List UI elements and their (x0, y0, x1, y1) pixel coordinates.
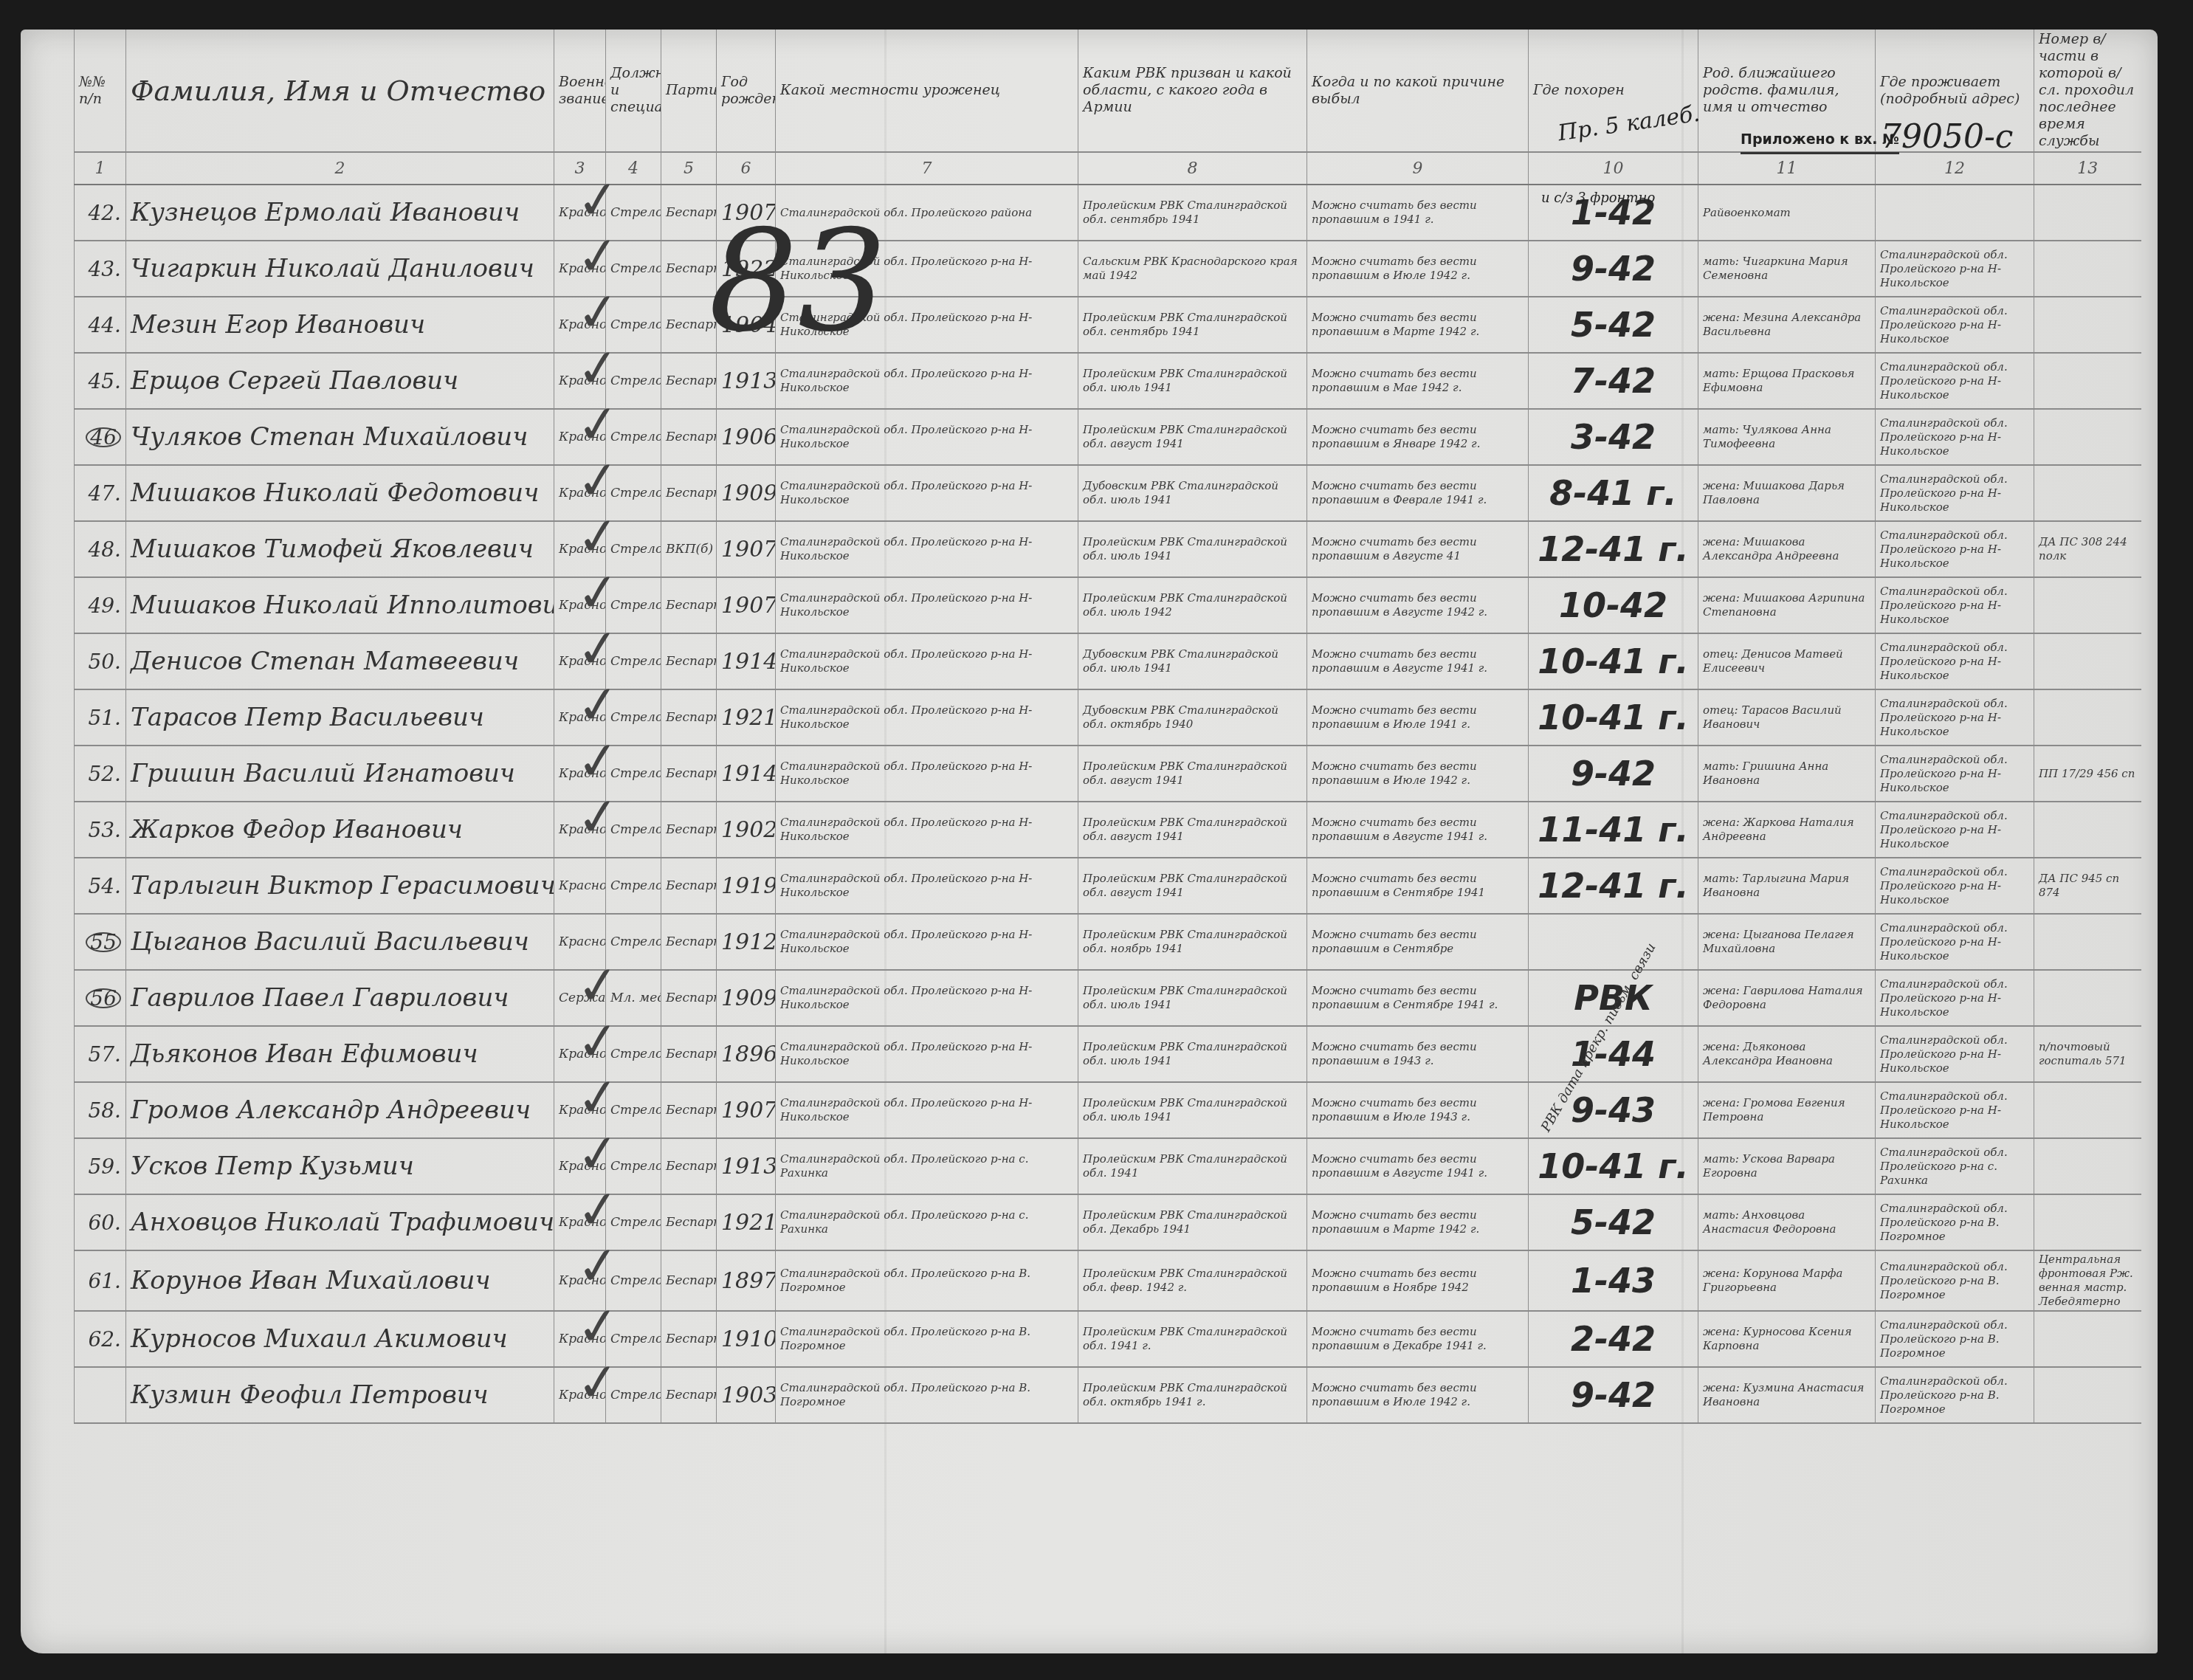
birthplace: Сталинградской обл. Пролейского р-на Н-Н… (776, 521, 1078, 577)
column-number: 11 (1698, 152, 1876, 185)
reason-left: Можно считать без вести пропавшим в 1941… (1307, 185, 1529, 241)
conscription-office: Пролейским РВК Сталинградской обл. авгус… (1078, 858, 1307, 914)
birth-year: 1909 (717, 970, 776, 1026)
conscription-office: Пролейским РВК Сталинградской обл. июль … (1078, 353, 1307, 409)
burial-place: 11-41 г. (1529, 802, 1698, 858)
soldier-name: Чигаркин Николай Данилович (126, 241, 554, 297)
party-membership: Беспарт. (661, 1082, 717, 1138)
party-membership: Беспарт. (661, 802, 717, 858)
birth-year: 1907 (717, 577, 776, 633)
row-number: 47. (75, 465, 126, 521)
soldier-name: Мишаков Николай Ипполитович (126, 577, 554, 633)
column-header: №№ п/п (75, 30, 126, 152)
party-membership: Беспарт. (661, 1311, 717, 1367)
military-unit: ДА ПС 945 сп 874 (2034, 858, 2141, 914)
row-number: 58. (75, 1082, 126, 1138)
kin-address: Сталинградской обл. Пролейского р-на Н-Н… (1876, 1082, 2034, 1138)
column-header: Военное звание (554, 30, 606, 152)
column-number-row: 12345678910111213 (75, 152, 2141, 185)
next-of-kin: жена: Кузмина Анастасия Ивановна (1698, 1367, 1876, 1423)
next-of-kin: мать: Чулякова Анна Тимофеевна (1698, 409, 1876, 465)
kin-address (1876, 185, 2034, 241)
table-row: 43.Чигаркин Николай ДаниловичКрасноарм.С… (75, 241, 2141, 297)
burial-place: 7-42 (1529, 353, 1698, 409)
party-membership: Беспарт. (661, 858, 717, 914)
table-row: 50.Денисов Степан МатвеевичКрасноарм.Стр… (75, 633, 2141, 689)
conscription-office: Пролейским РВК Сталинградской обл. июль … (1078, 1026, 1307, 1082)
table-row: 62.Курносов Михаил АкимовичКрасноарм.Стр… (75, 1311, 2141, 1367)
table-row: 57.Дьяконов Иван ЕфимовичКрасноарм.Стрел… (75, 1026, 2141, 1082)
column-number: 1 (75, 152, 126, 185)
military-unit (2034, 185, 2141, 241)
checkmark-icon: ✓ (573, 168, 622, 233)
party-membership: Беспарт. (661, 746, 717, 802)
soldier-name: Корунов Иван Михайлович (126, 1250, 554, 1311)
military-unit (2034, 577, 2141, 633)
party-membership: Беспарт. (661, 1250, 717, 1311)
row-number: 55 (75, 914, 126, 970)
birth-year: 1896 (717, 1026, 776, 1082)
burial-place: 5-42 (1529, 1194, 1698, 1250)
next-of-kin: жена: Громова Евгения Петровна (1698, 1082, 1876, 1138)
birth-year: 1907 (717, 1082, 776, 1138)
row-number: 60. (75, 1194, 126, 1250)
incoming-number: 79050-с (1881, 118, 2013, 156)
military-unit: ПП 17/29 456 сп (2034, 746, 2141, 802)
checkmark-icon: ✓ (573, 1294, 622, 1359)
military-unit (2034, 689, 2141, 746)
column-number: 5 (661, 152, 717, 185)
reason-left: Можно считать без вести пропавшим в Июле… (1307, 689, 1529, 746)
row-number: 46 (75, 409, 126, 465)
birthplace: Сталинградской обл. Пролейского р-на В. … (776, 1367, 1078, 1423)
soldier-name: Ерщов Сергей Павлович (126, 353, 554, 409)
row-number: 59. (75, 1138, 126, 1194)
burial-place: 2-42 (1529, 1311, 1698, 1367)
birth-year: 1906 (717, 409, 776, 465)
conscription-office: Пролейским РВК Сталинградской обл. авгус… (1078, 802, 1307, 858)
kin-address: Сталинградской обл. Пролейского р-на Н-Н… (1876, 1026, 2034, 1082)
birthplace: Сталинградской обл. Пролейского р-на с. … (776, 1194, 1078, 1250)
soldier-name: Денисов Степан Матвеевич (126, 633, 554, 689)
next-of-kin: отец: Денисов Матвей Елисеевич (1698, 633, 1876, 689)
checkmark-icon: ✓ (573, 1177, 622, 1242)
reason-left: Можно считать без вести пропавшим в Нояб… (1307, 1250, 1529, 1311)
conscription-office: Пролейским РВК Сталинградской обл. авгус… (1078, 746, 1307, 802)
party-membership: Беспарт. (661, 465, 717, 521)
next-of-kin: жена: Жаркова Наталия Андреевна (1698, 802, 1876, 858)
party-membership: Беспарт. (661, 577, 717, 633)
incoming-stamp: Приложено к вх. № (1741, 131, 1899, 154)
column-number: 8 (1078, 152, 1307, 185)
column-number: 7 (776, 152, 1078, 185)
kin-address: Сталинградской обл. Пролейского р-на с. … (1876, 1138, 2034, 1194)
burial-place: 9-42 (1529, 746, 1698, 802)
reason-left: Можно считать без вести пропавшим в Авгу… (1307, 521, 1529, 577)
table-row: 55Цыганов Василий ВасильевичКрасноарм.Ст… (75, 914, 2141, 970)
row-number: 50. (75, 633, 126, 689)
military-unit (2034, 802, 2141, 858)
birth-year: 1897 (717, 1250, 776, 1311)
reason-left: Можно считать без вести пропавшим в Авгу… (1307, 802, 1529, 858)
soldier-name: Тарлыгин Виктор Герасимович (126, 858, 554, 914)
soldier-name: Дьяконов Иван Ефимович (126, 1026, 554, 1082)
birthplace: Сталинградской обл. Пролейского р-на Н-Н… (776, 465, 1078, 521)
annotation-large-number: 83 (709, 199, 887, 362)
military-unit (2034, 1367, 2141, 1423)
kin-address: Сталинградской обл. Пролейского р-на Н-Н… (1876, 746, 2034, 802)
kin-address: Сталинградской обл. Пролейского р-на Н-Н… (1876, 521, 2034, 577)
checkmark-icon: ✓ (573, 953, 622, 1018)
conscription-office: Пролейским РВК Сталинградской обл. сентя… (1078, 297, 1307, 353)
next-of-kin: жена: Дьяконова Александра Ивановна (1698, 1026, 1876, 1082)
birthplace: Сталинградской обл. Пролейского р-на В. … (776, 1250, 1078, 1311)
kin-address: Сталинградской обл. Пролейского р-на Н-Н… (1876, 297, 2034, 353)
soldier-name: Громов Александр Андреевич (126, 1082, 554, 1138)
checkmark-icon: ✓ (573, 336, 622, 401)
birthplace: Сталинградской обл. Пролейского р-на Н-Н… (776, 1026, 1078, 1082)
kin-address: Сталинградской обл. Пролейского р-на Н-Н… (1876, 633, 2034, 689)
conscription-office: Пролейским РВК Сталинградской обл. февр.… (1078, 1250, 1307, 1311)
birth-year: 1914 (717, 746, 776, 802)
burial-place: 9-42 (1529, 241, 1698, 297)
column-header: Фамилия, Имя и Отчество (126, 30, 554, 152)
reason-left: Можно считать без вести пропавшим в Авгу… (1307, 1138, 1529, 1194)
burial-place: 10-41 г. (1529, 689, 1698, 746)
burial-place: 10-42 (1529, 577, 1698, 633)
soldier-name: Цыганов Василий Васильевич (126, 914, 554, 970)
circled-row-number: 56 (86, 988, 121, 1008)
soldier-name: Курносов Михаил Акимович (126, 1311, 554, 1367)
party-membership: Беспарт. (661, 970, 717, 1026)
ledger-table: №№ п/пФамилия, Имя и ОтчествоВоенное зва… (74, 30, 2141, 1424)
military-unit: п/почтовый госпиталь 571 (2034, 1026, 2141, 1082)
kin-address: Сталинградской обл. Пролейского р-на Н-Н… (1876, 465, 2034, 521)
next-of-kin: мать: Анховцова Анастасия Федоровна (1698, 1194, 1876, 1250)
checkmark-icon: ✓ (573, 560, 622, 625)
table-row: 49.Мишаков Николай ИпполитовичКрасноарм.… (75, 577, 2141, 633)
birthplace: Сталинградской обл. Пролейского р-на В. … (776, 1311, 1078, 1367)
military-unit (2034, 1138, 2141, 1194)
party-membership: Беспарт. (661, 409, 717, 465)
kin-address: Сталинградской обл. Пролейского р-на Н-Н… (1876, 858, 2034, 914)
position: Стрелок (606, 858, 661, 914)
row-number: 62. (75, 1311, 126, 1367)
conscription-office: Пролейским РВК Сталинградской обл. октяб… (1078, 1367, 1307, 1423)
checkmark-icon: ✓ (573, 785, 622, 850)
table-row: 53.Жарков Федор ИвановичКрасноарм.Стрело… (75, 802, 2141, 858)
birthplace: Сталинградской обл. Пролейского р-на Н-Н… (776, 633, 1078, 689)
kin-address: Сталинградской обл. Пролейского р-на В. … (1876, 1311, 2034, 1367)
conscription-office: Дубовским РВК Сталинградской обл. октябр… (1078, 689, 1307, 746)
checkmark-icon: ✓ (573, 392, 622, 457)
kin-address: Сталинградской обл. Пролейского р-на Н-Н… (1876, 577, 2034, 633)
reason-left: Можно считать без вести пропавшим в Сент… (1307, 970, 1529, 1026)
reason-left: Можно считать без вести пропавшим в Март… (1307, 297, 1529, 353)
conscription-office: Пролейским РВК Сталинградской обл. Декаб… (1078, 1194, 1307, 1250)
row-number: 53. (75, 802, 126, 858)
checkmark-icon: ✓ (573, 448, 622, 513)
next-of-kin: жена: Цыганова Пелагея Михайловна (1698, 914, 1876, 970)
soldier-name: Мишаков Тимофей Яковлевич (126, 521, 554, 577)
next-of-kin: мать: Гришина Анна Ивановна (1698, 746, 1876, 802)
party-membership: Беспарт. (661, 914, 717, 970)
row-number: 61. (75, 1250, 126, 1311)
burial-place: 10-41 г. (1529, 1138, 1698, 1194)
military-unit: Центральная фронтовая Рж. венная мастр. … (2034, 1250, 2141, 1311)
column-header: Должность и специальность (606, 30, 661, 152)
burial-place: 1-44 (1529, 1026, 1698, 1082)
next-of-kin: мать: Ерщова Прасковья Ефимовна (1698, 353, 1876, 409)
column-header: Когда и по какой причине выбыл (1307, 30, 1529, 152)
soldier-name: Анховцов Николай Трафимович (126, 1194, 554, 1250)
reason-left: Можно считать без вести пропавшим в Мае … (1307, 353, 1529, 409)
soldier-name: Кузмин Феофил Петрович (126, 1367, 554, 1423)
birth-year: 1912 (717, 914, 776, 970)
next-of-kin: жена: Курносова Ксения Карповна (1698, 1311, 1876, 1367)
checkmark-icon: ✓ (573, 1009, 622, 1074)
military-unit: ДА ПС 308 244 полк (2034, 521, 2141, 577)
military-unit (2034, 1311, 2141, 1367)
checkmark-icon: ✓ (573, 280, 622, 345)
column-header: Год рождения (717, 30, 776, 152)
next-of-kin: мать: Тарлыгина Мария Ивановна (1698, 858, 1876, 914)
next-of-kin: жена: Мишакова Агрипина Степановна (1698, 577, 1876, 633)
checkmark-icon: ✓ (573, 672, 622, 737)
soldier-name: Гришин Василий Игнатович (126, 746, 554, 802)
soldier-name: Жарков Федор Иванович (126, 802, 554, 858)
birth-year: 1903 (717, 1367, 776, 1423)
next-of-kin: жена: Мишакова Александра Андреевна (1698, 521, 1876, 577)
table-row: 51.Тарасов Петр ВасильевичКрасноарм.Стре… (75, 689, 2141, 746)
birth-year: 1910 (717, 1311, 776, 1367)
conscription-office: Пролейским РВК Сталинградской обл. сентя… (1078, 185, 1307, 241)
birthplace: Сталинградской обл. Пролейского р-на Н-Н… (776, 858, 1078, 914)
checkmark-icon: ✓ (573, 616, 622, 681)
birth-year: 1921 (717, 689, 776, 746)
soldier-name: Усков Петр Кузьмич (126, 1138, 554, 1194)
reason-left: Можно считать без вести пропавшим в Дека… (1307, 1311, 1529, 1367)
birth-year: 1914 (717, 633, 776, 689)
row-number: 43. (75, 241, 126, 297)
reason-left: Можно считать без вести пропавшим в Июле… (1307, 1367, 1529, 1423)
birthplace: Сталинградской обл. Пролейского р-на Н-Н… (776, 577, 1078, 633)
table-row: 58.Громов Александр АндреевичКрасноарм.С… (75, 1082, 2141, 1138)
checkmark-icon: ✓ (573, 224, 622, 289)
burial-place: 12-41 г. (1529, 521, 1698, 577)
birth-year: 1919 (717, 858, 776, 914)
kin-address: Сталинградской обл. Пролейского р-на Н-Н… (1876, 689, 2034, 746)
reason-left: Можно считать без вести пропавшим в Июле… (1307, 241, 1529, 297)
military-unit (2034, 409, 2141, 465)
burial-place: 12-41 г. (1529, 858, 1698, 914)
table-row: 45.Ерщов Сергей ПавловичКрасноарм.Стрело… (75, 353, 2141, 409)
table-row: 52.Гришин Василий ИгнатовичКрасноарм.Стр… (75, 746, 2141, 802)
next-of-kin: отец: Тарасов Василий Иванович (1698, 689, 1876, 746)
reason-left: Можно считать без вести пропавшим в 1943… (1307, 1026, 1529, 1082)
soldier-name: Кузнецов Ермолай Иванович (126, 185, 554, 241)
column-number: 10 (1529, 152, 1698, 185)
row-number: 42. (75, 185, 126, 241)
birthplace: Сталинградской обл. Пролейского р-на Н-Н… (776, 1082, 1078, 1138)
birth-year: 1907 (717, 521, 776, 577)
checkmark-icon: ✓ (573, 1121, 622, 1186)
birthplace: Сталинградской обл. Пролейского р-на Н-Н… (776, 802, 1078, 858)
party-membership: Беспарт. (661, 1367, 717, 1423)
party-membership: ВКП(б) (661, 521, 717, 577)
next-of-kin: жена: Гаврилова Наталия Федоровна (1698, 970, 1876, 1026)
birthplace: Сталинградской обл. Пролейского р-на Н-Н… (776, 409, 1078, 465)
table-row: 59.Усков Петр КузьмичКрасноарм.СтрелокБе… (75, 1138, 2141, 1194)
military-unit (2034, 465, 2141, 521)
soldier-name: Мишаков Николай Федотович (126, 465, 554, 521)
column-header: Номер в/части в которой в/сл. проходил п… (2034, 30, 2141, 152)
party-membership: Беспарт. (661, 633, 717, 689)
checkmark-icon: ✓ (573, 504, 622, 569)
reason-left: Можно считать без вести пропавшим в Авгу… (1307, 633, 1529, 689)
reason-left: Можно считать без вести пропавшим в Янва… (1307, 409, 1529, 465)
row-number: 44. (75, 297, 126, 353)
table-row: 44.Мезин Егор ИвановичКрасноарм.СтрелокБ… (75, 297, 2141, 353)
next-of-kin: мать: Ускова Варвара Егоровна (1698, 1138, 1876, 1194)
conscription-office: Пролейским РВК Сталинградской обл. июль … (1078, 1082, 1307, 1138)
burial-note-row42: и с/з 3 фронтно (1541, 190, 1655, 206)
table-row: 60.Анховцов Николай ТрафимовичКрасноарм.… (75, 1194, 2141, 1250)
burial-place: 5-42 (1529, 297, 1698, 353)
burial-place: 9-42 (1529, 1367, 1698, 1423)
row-number: 45. (75, 353, 126, 409)
military-unit (2034, 1082, 2141, 1138)
table-row: 54.Тарлыгин Виктор ГерасимовичКрасноарм.… (75, 858, 2141, 914)
reason-left: Можно считать без вести пропавшим в Авгу… (1307, 577, 1529, 633)
kin-address: Сталинградской обл. Пролейского р-на Н-Н… (1876, 353, 2034, 409)
conscription-office: Пролейским РВК Сталинградской обл. июль … (1078, 577, 1307, 633)
column-header: Какой местности уроженец (776, 30, 1078, 152)
table-row: 42.Кузнецов Ермолай ИвановичКрасноарм.Ст… (75, 185, 2141, 241)
soldier-name: Гаврилов Павел Гаврилович (126, 970, 554, 1026)
military-unit (2034, 297, 2141, 353)
circled-row-number: 46 (86, 427, 121, 447)
row-number: 57. (75, 1026, 126, 1082)
column-header: Каким РВК призван и какой области, с как… (1078, 30, 1307, 152)
table-row: 61.Корунов Иван МихайловичКрасноарм.Стре… (75, 1250, 2141, 1311)
kin-address: Сталинградской обл. Пролейского р-на Н-Н… (1876, 241, 2034, 297)
conscription-office: Дубовским РВК Сталинградской обл. июль 1… (1078, 465, 1307, 521)
military-unit (2034, 241, 2141, 297)
party-membership: Беспарт. (661, 1026, 717, 1082)
checkmark-icon: ✓ (573, 1233, 622, 1298)
kin-address: Сталинградской обл. Пролейского р-на В. … (1876, 1250, 2034, 1311)
party-membership: Беспарт. (661, 689, 717, 746)
table-row: 46Чуляков Степан МихайловичКрасноарм.Стр… (75, 409, 2141, 465)
reason-left: Можно считать без вести пропавшим в Март… (1307, 1194, 1529, 1250)
party-membership: Беспарт. (661, 1194, 717, 1250)
kin-address: Сталинградской обл. Пролейского р-на В. … (1876, 1194, 2034, 1250)
checkmark-icon: ✓ (573, 1350, 622, 1415)
column-number: 13 (2034, 152, 2141, 185)
kin-address: Сталинградской обл. Пролейского р-на Н-Н… (1876, 409, 2034, 465)
party-membership: Беспарт. (661, 1138, 717, 1194)
military-unit (2034, 970, 2141, 1026)
next-of-kin: Райвоенкомат (1698, 185, 1876, 241)
conscription-office: Пролейским РВК Сталинградской обл. авгус… (1078, 409, 1307, 465)
birthplace: Сталинградской обл. Пролейского р-на Н-Н… (776, 970, 1078, 1026)
military-unit (2034, 1194, 2141, 1250)
conscription-office: Дубовским РВК Сталинградской обл. июль 1… (1078, 633, 1307, 689)
kin-address: Сталинградской обл. Пролейского р-на В. … (1876, 1367, 2034, 1423)
military-unit (2034, 353, 2141, 409)
column-number: 2 (126, 152, 554, 185)
table-row: 47.Мишаков Николай ФедотовичКрасноарм.Ст… (75, 465, 2141, 521)
reason-left: Можно считать без вести пропавшим в Февр… (1307, 465, 1529, 521)
birthplace: Сталинградской обл. Пролейского р-на Н-Н… (776, 914, 1078, 970)
table-row: Кузмин Феофил ПетровичКрасноарм.СтрелокБ… (75, 1367, 2141, 1423)
soldier-name: Мезин Егор Иванович (126, 297, 554, 353)
row-number: 52. (75, 746, 126, 802)
conscription-office: Пролейским РВК Сталинградской обл. 1941 (1078, 1138, 1307, 1194)
row-number: 49. (75, 577, 126, 633)
row-number: 51. (75, 689, 126, 746)
circled-row-number: 55 (86, 932, 121, 952)
military-unit (2034, 914, 2141, 970)
row-number: 48. (75, 521, 126, 577)
birth-year: 1902 (717, 802, 776, 858)
next-of-kin: мать: Чигаркина Мария Семеновна (1698, 241, 1876, 297)
soldier-name: Тарасов Петр Васильевич (126, 689, 554, 746)
row-number: 54. (75, 858, 126, 914)
kin-address: Сталинградской обл. Пролейского р-на Н-Н… (1876, 802, 2034, 858)
column-number: 12 (1876, 152, 2034, 185)
military-rank: Красноарм. (554, 858, 606, 914)
birthplace: Сталинградской обл. Пролейского р-на Н-Н… (776, 746, 1078, 802)
conscription-office: Сальским РВК Краснодарского края май 194… (1078, 241, 1307, 297)
burial-place: 8-41 г. (1529, 465, 1698, 521)
birth-year: 1921 (717, 1194, 776, 1250)
next-of-kin: жена: Мезина Александра Васильевна (1698, 297, 1876, 353)
reason-left: Можно считать без вести пропавшим в Июле… (1307, 1082, 1529, 1138)
conscription-office: Пролейским РВК Сталинградской обл. 1941 … (1078, 1311, 1307, 1367)
next-of-kin: жена: Мишакова Дарья Павловна (1698, 465, 1876, 521)
table-row: 56Гаврилов Павел ГавриловичСержантМл. ме… (75, 970, 2141, 1026)
conscription-office: Пролейским РВК Сталинградской обл. июль … (1078, 970, 1307, 1026)
burial-place: 1-43 (1529, 1250, 1698, 1311)
row-number: 56 (75, 970, 126, 1026)
reason-left: Можно считать без вести пропавшим в Сент… (1307, 914, 1529, 970)
next-of-kin: жена: Корунова Марфа Григорьевна (1698, 1250, 1876, 1311)
column-number: 9 (1307, 152, 1529, 185)
reason-left: Можно считать без вести пропавшим в Июле… (1307, 746, 1529, 802)
burial-place: 3-42 (1529, 409, 1698, 465)
reason-left: Можно считать без вести пропавшим в Сент… (1307, 858, 1529, 914)
conscription-office: Пролейским РВК Сталинградской обл. июль … (1078, 521, 1307, 577)
birthplace: Сталинградской обл. Пролейского р-на с. … (776, 1138, 1078, 1194)
table-row: 48.Мишаков Тимофей ЯковлевичКрасноарм.Ст… (75, 521, 2141, 577)
column-header: Партийность (661, 30, 717, 152)
kin-address: Сталинградской обл. Пролейского р-на Н-Н… (1876, 970, 2034, 1026)
column-number: 6 (717, 152, 776, 185)
soldier-name: Чуляков Степан Михайлович (126, 409, 554, 465)
military-unit (2034, 633, 2141, 689)
birth-year: 1913 (717, 1138, 776, 1194)
birth-year: 1909 (717, 465, 776, 521)
kin-address: Сталинградской обл. Пролейского р-на Н-Н… (1876, 914, 2034, 970)
burial-place (1529, 914, 1698, 970)
birthplace: Сталинградской обл. Пролейского р-на Н-Н… (776, 689, 1078, 746)
checkmark-icon: ✓ (573, 729, 622, 793)
checkmark-icon: ✓ (573, 1065, 622, 1130)
burial-place: 10-41 г. (1529, 633, 1698, 689)
conscription-office: Пролейским РВК Сталинградской обл. ноябр… (1078, 914, 1307, 970)
